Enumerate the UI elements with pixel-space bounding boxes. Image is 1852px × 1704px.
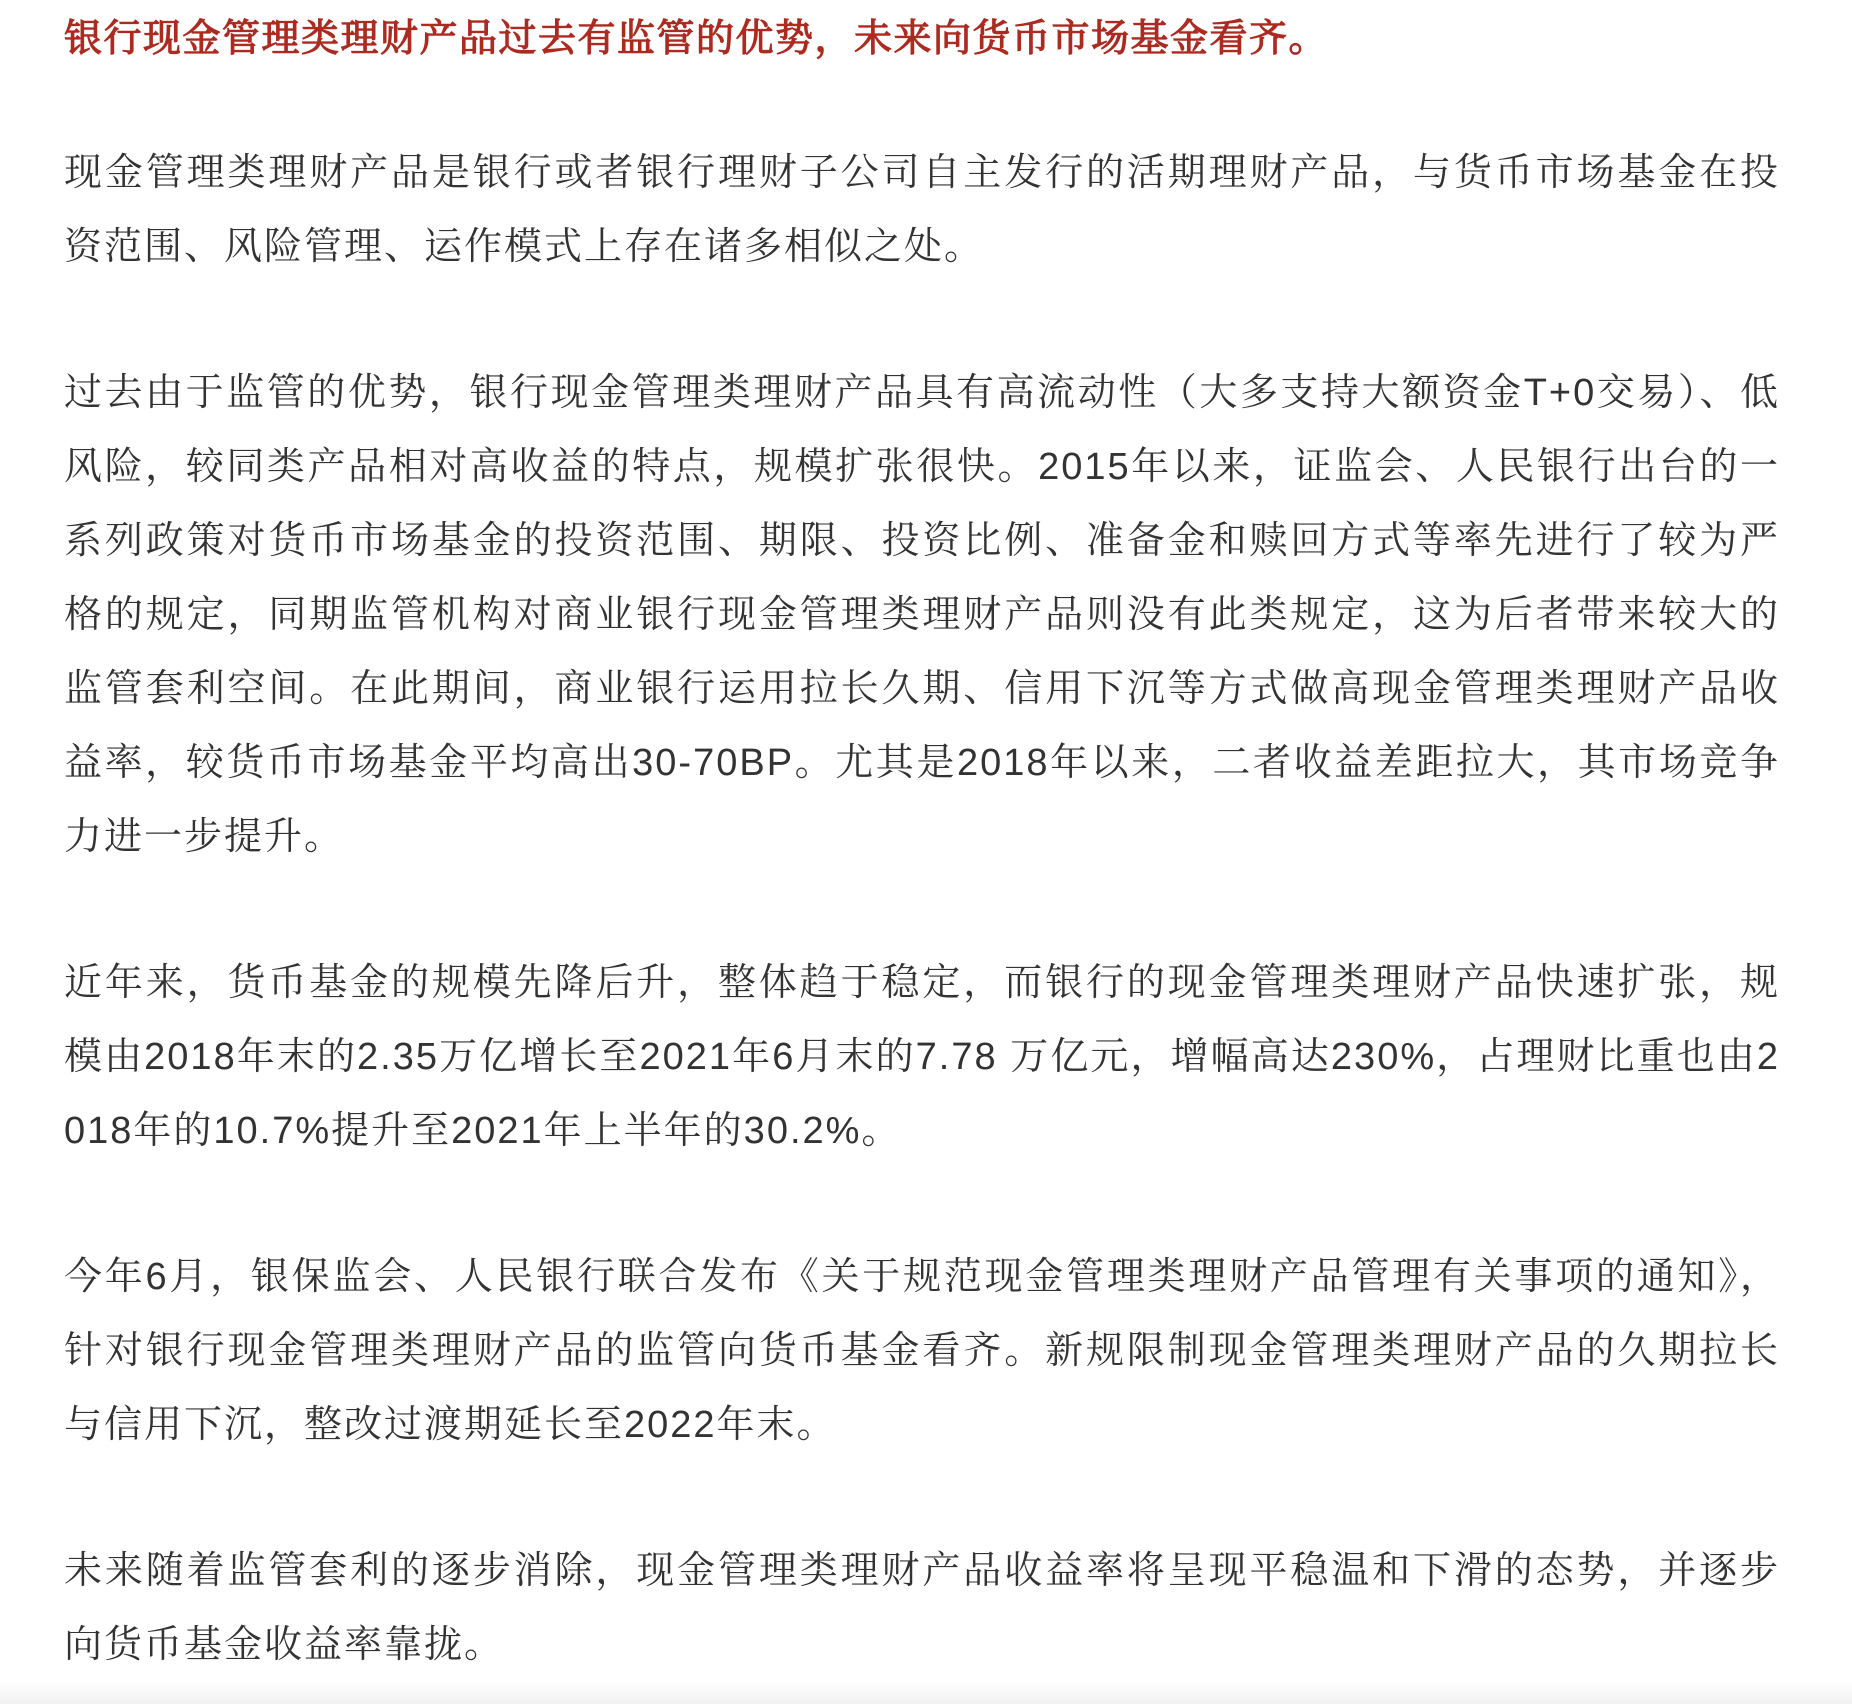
article-page: 银行现金管理类理财产品过去有监管的优势，未来向货币市场基金看齐。 现金管理类理财…: [0, 0, 1852, 1704]
paragraph-regulatory-advantage: 过去由于监管的优势，银行现金管理类理财产品具有高流动性（大多支持大额资金T+0交…: [64, 356, 1780, 874]
paragraph-new-rules: 今年6月，银保监会、人民银行联合发布《关于规范现金管理类理财产品管理有关事项的通…: [64, 1240, 1780, 1462]
paragraph-intro: 现金管理类理财产品是银行或者银行理财子公司自主发行的活期理财产品，与货币市场基金…: [64, 136, 1780, 284]
page-bottom-edge: [0, 1682, 1852, 1704]
paragraph-scale-growth: 近年来，货币基金的规模先降后升，整体趋于稳定，而银行的现金管理类理财产品快速扩张…: [64, 946, 1780, 1168]
paragraph-outlook: 未来随着监管套利的逐步消除，现金管理类理财产品收益率将呈现平稳温和下滑的态势，并…: [64, 1534, 1780, 1682]
article-headline: 银行现金管理类理财产品过去有监管的优势，未来向货币市场基金看齐。: [64, 14, 1780, 64]
